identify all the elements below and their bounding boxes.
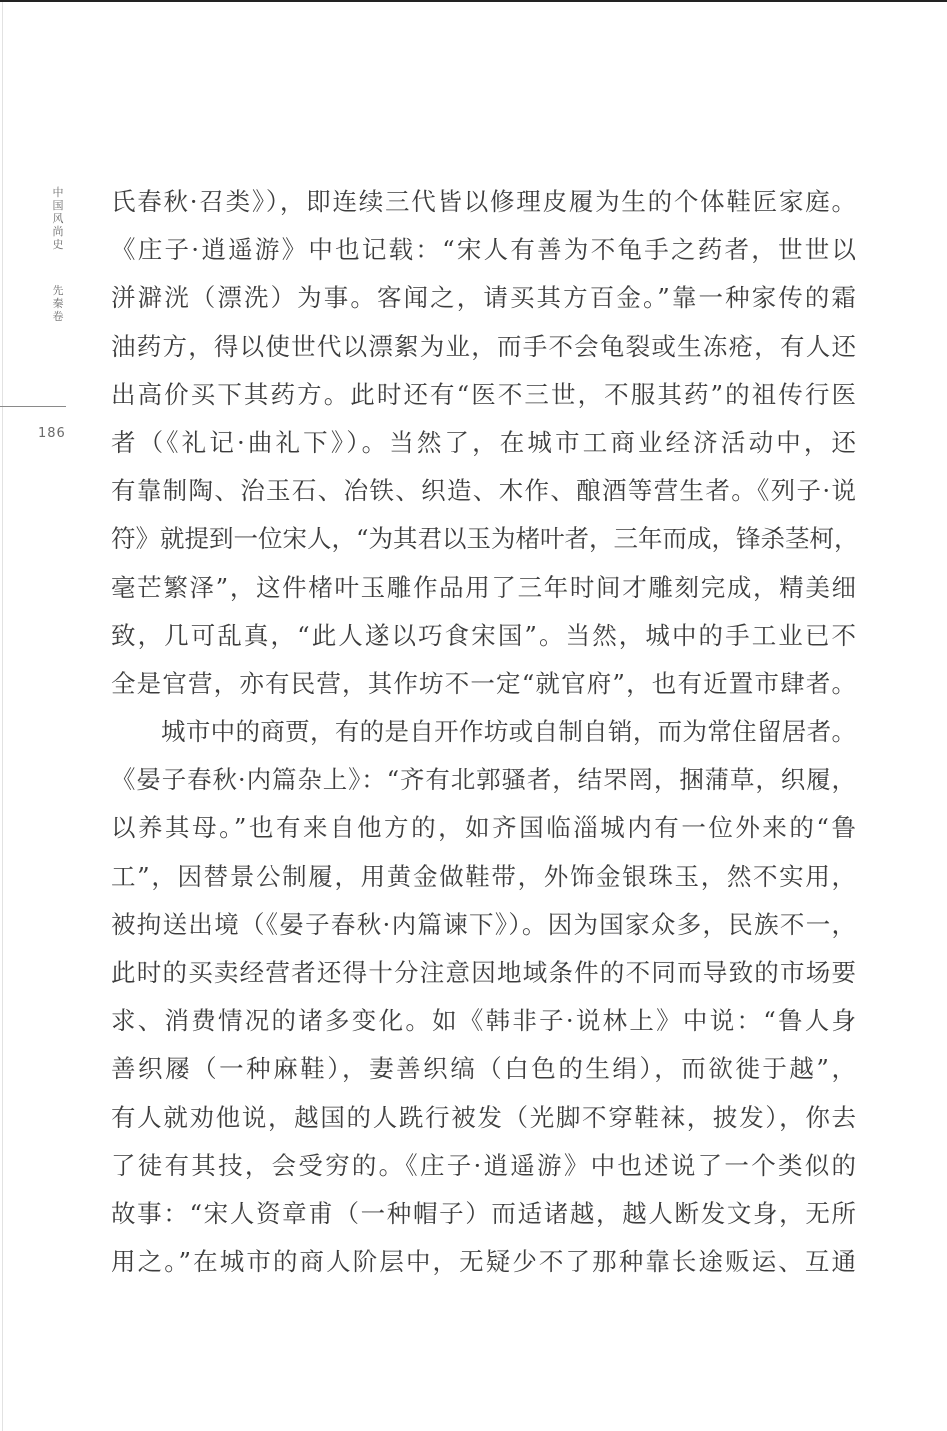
margin-divider: [0, 406, 66, 407]
text-line: 有人就劝他说，越国的人跣行被发（光脚不穿鞋袜，披发），你去: [111, 1094, 856, 1142]
page-top-edge: [0, 0, 947, 2]
page-left-edge: [2, 2, 3, 1431]
text-line: 善织屦（一种麻鞋），妻善织缟（白色的生绢），而欲徙于越”，: [111, 1045, 856, 1093]
text-line: 工”，因替景公制履，用黄金做鞋带，外饰金银珠玉，然不实用，: [111, 853, 856, 901]
text-line: 出高价买下其药方。此时还有“医不三世，不服其药”的祖传行医: [111, 371, 856, 419]
paragraph-first-line: 城市中的商贾，有的是自开作坊或自制自销，而为常住留居者。: [111, 708, 856, 756]
text-line: 毫芒繁泽”，这件楮叶玉雕作品用了三年时间才雕刻完成，精美细: [111, 564, 856, 612]
text-line: 以养其母。”也有来自他方的，如齐国临淄城内有一位外来的“鲁: [111, 804, 856, 852]
text-line: 符》就提到一位宋人，“为其君以玉为楮叶者，三年而成，锋杀茎柯，: [111, 515, 856, 563]
text-line: 《晏子春秋·内篇杂上》：“齐有北郭骚者，结罘罔，捆蒲草，织履，: [111, 756, 856, 804]
running-head-book-title: 中国风尚史: [50, 186, 66, 251]
text-line: 洴澼洸（漂洗）为事。客闻之，请买其方百金。”靠一种家传的霜: [111, 274, 856, 322]
page-number: 186: [38, 426, 66, 441]
running-head-volume: 先秦卷: [50, 284, 66, 323]
text-line: 油药方，得以使世代以漂絮为业，而手不会龟裂或生冻疮，有人还: [111, 323, 856, 371]
text-line: 此时的买卖经营者还得十分注意因地域条件的不同而导致的市场要: [111, 949, 856, 997]
text-line: 求、消费情况的诸多变化。如《韩非子·说林上》中说：“鲁人身: [111, 997, 856, 1045]
text-line: 致，几可乱真，“此人遂以巧食宋国”。当然，城中的手工业已不: [111, 612, 856, 660]
text-line: 氏春秋·召类》），即连续三代皆以修理皮履为生的个体鞋匠家庭。: [111, 178, 856, 226]
text-line: 有靠制陶、治玉石、冶铁、织造、木作、酿酒等营生者。《列子·说: [111, 467, 856, 515]
text-line: 者（《礼记·曲礼下》）。当然了，在城市工商业经济活动中，还: [111, 419, 856, 467]
text-line: 《庄子·逍遥游》中也记载：“宋人有善为不龟手之药者，世世以: [111, 226, 856, 274]
text-line: 了徒有其技，会受穷的。《庄子·逍遥游》中也述说了一个类似的: [111, 1142, 856, 1190]
text-line: 故事：“宋人资章甫（一种帽子）而适诸越，越人断发文身，无所: [111, 1190, 856, 1238]
text-line: 用之。”在城市的商人阶层中，无疑少不了那种靠长途贩运、互通: [111, 1238, 856, 1286]
body-text: 氏春秋·召类》），即连续三代皆以修理皮履为生的个体鞋匠家庭。 《庄子·逍遥游》中…: [111, 178, 856, 1286]
text-line: 全是官营，亦有民营，其作坊不一定“就官府”，也有近置市肆者。: [111, 660, 856, 708]
text-line: 被拘送出境（《晏子春秋·内篇谏下》）。因为国家众多，民族不一，: [111, 901, 856, 949]
